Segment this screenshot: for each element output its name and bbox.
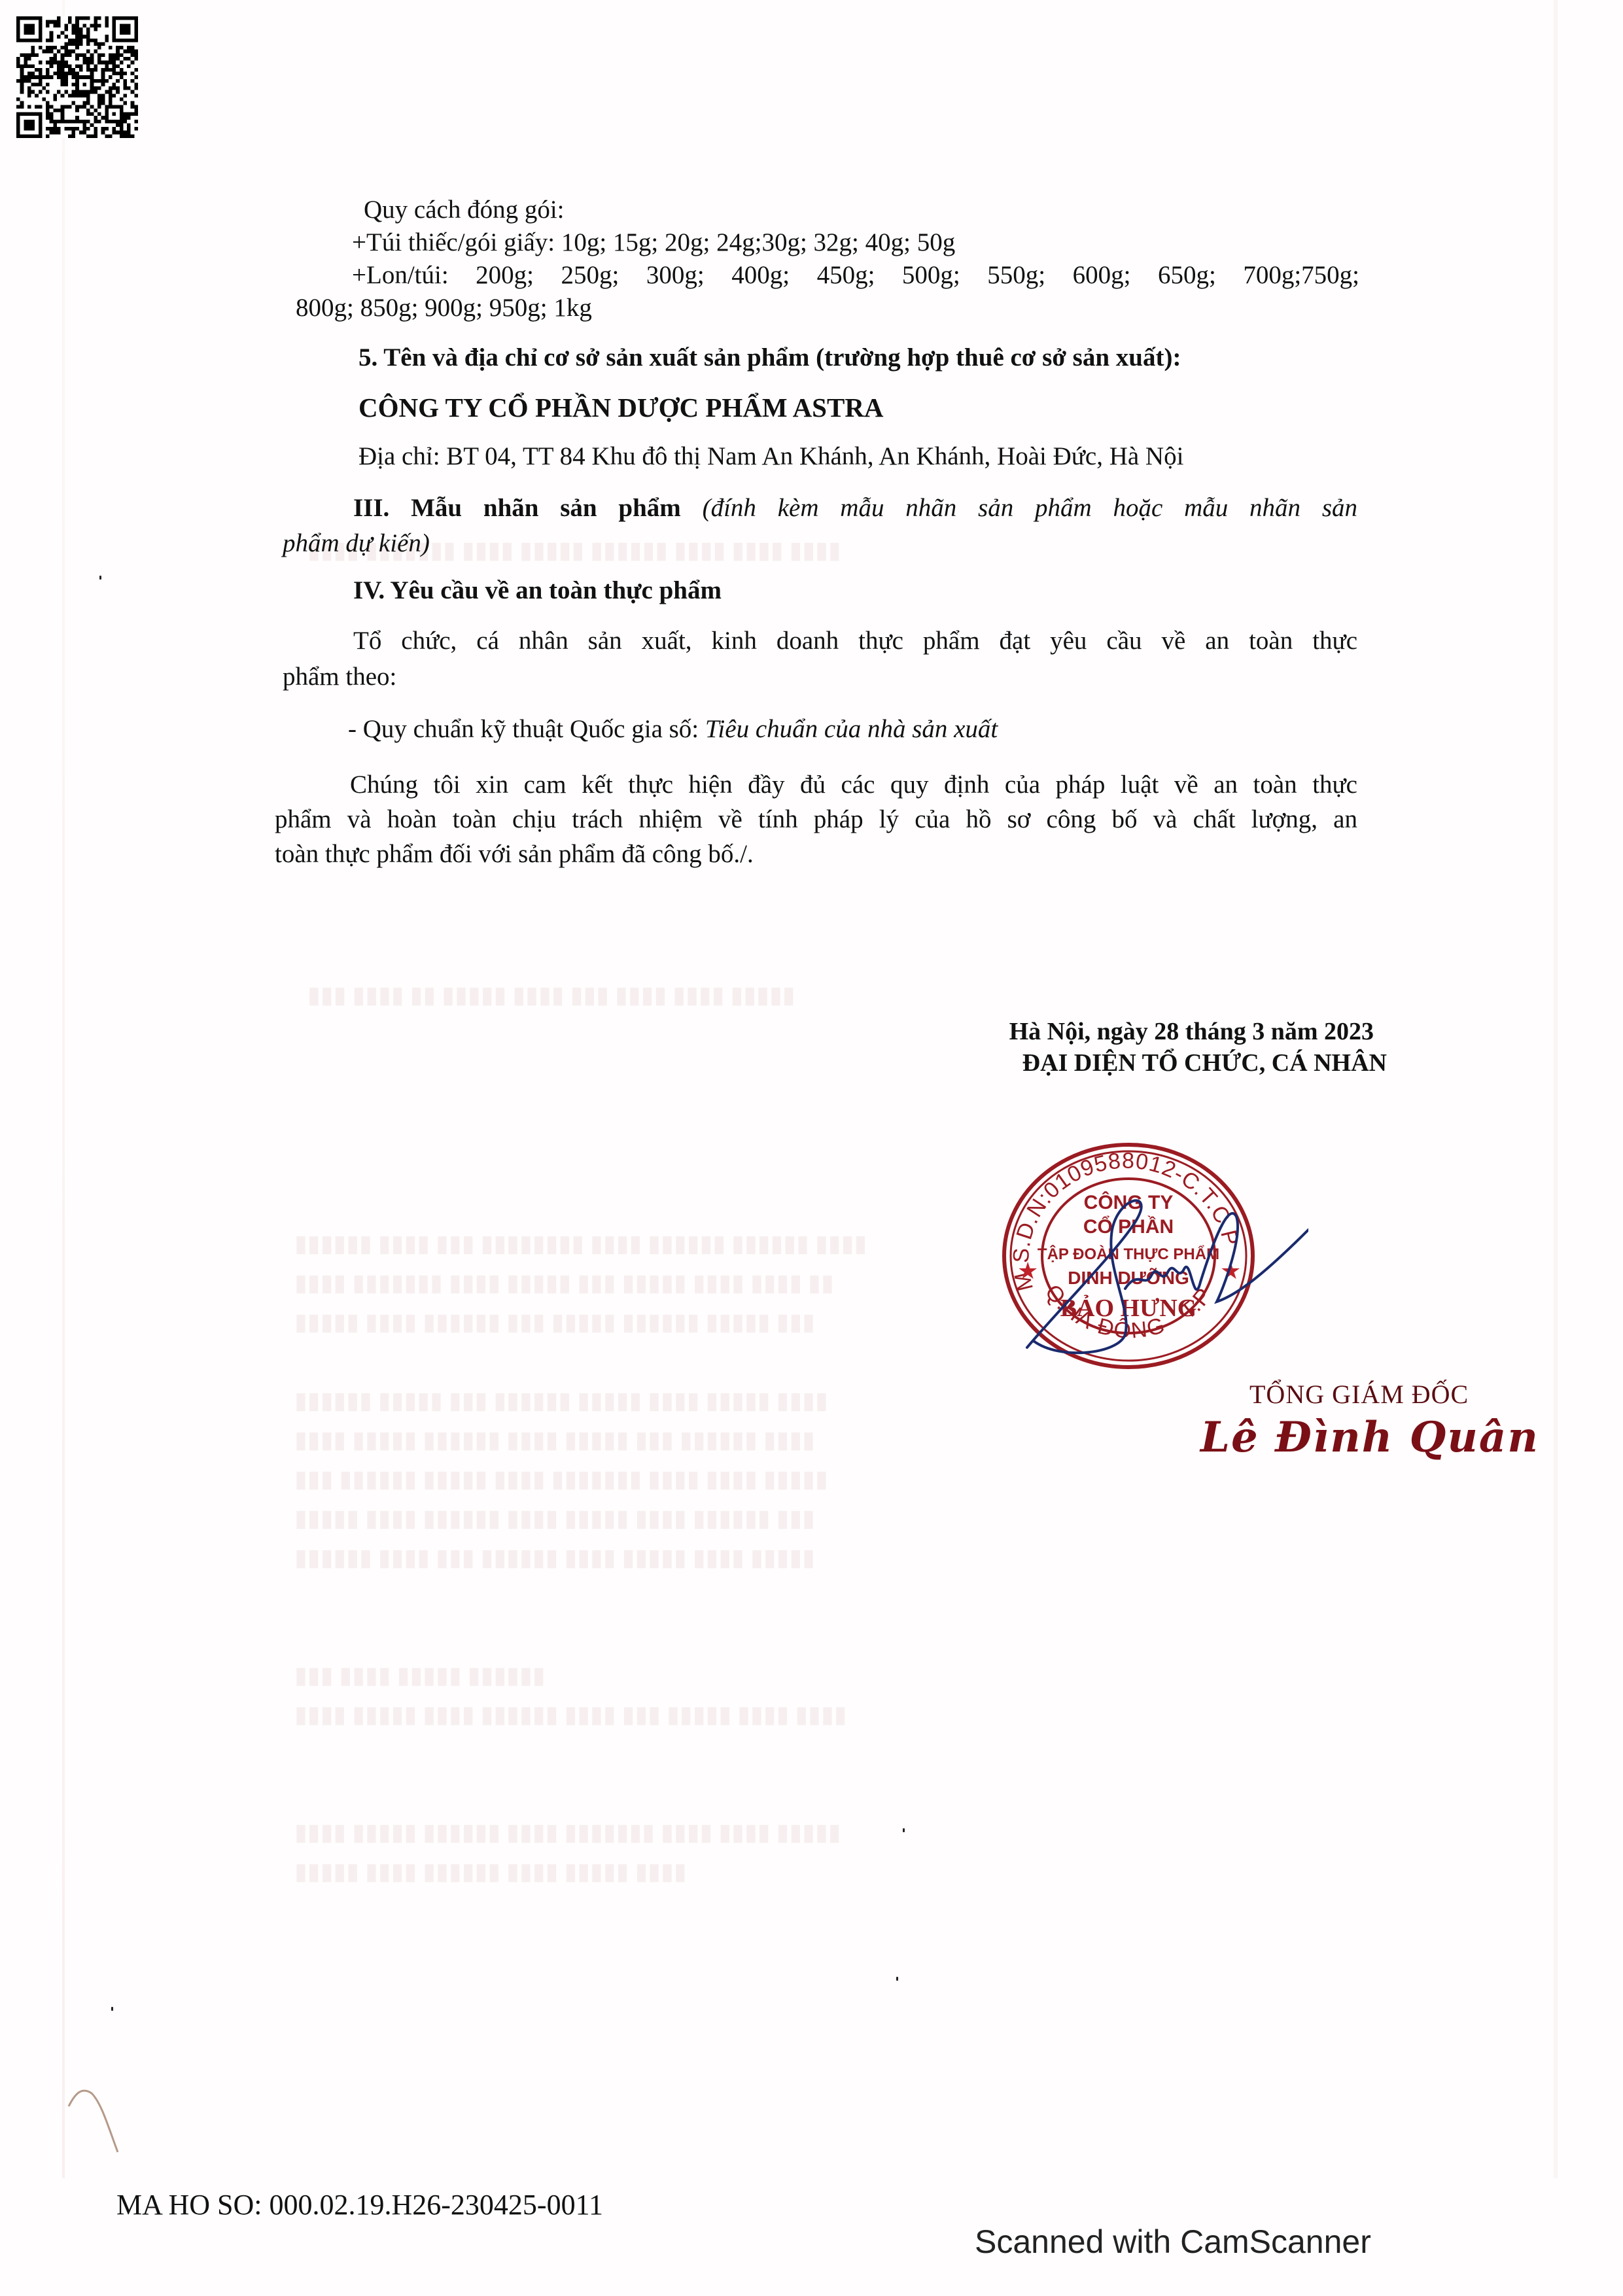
page-edge-left — [62, 0, 65, 2178]
scan-speck — [111, 2007, 113, 2011]
section-3-note-cont: phẩm dự kiến) — [283, 527, 430, 560]
scan-speck — [99, 576, 101, 580]
section-4-para: Tổ chức, cá nhân sản xuất, kinh doanh th… — [353, 625, 1357, 657]
national-standard-value: Tiêu chuẩn của nhà sản xuất — [705, 715, 998, 743]
qr-code-icon[interactable] — [16, 16, 138, 138]
handwritten-signature — [1021, 1177, 1308, 1374]
packaging-line-can-bag-text: +Lon/túi: 200g; 250g; 300g; 400g; 450g; … — [352, 259, 1359, 292]
packaging-line-can-bag-cont: 800g; 850g; 900g; 950g; 1kg — [296, 292, 592, 324]
manufacturer-address: Địa chỉ: BT 04, TT 84 Khu đô thị Nam An … — [358, 440, 1183, 473]
packaging-line-can-bag: +Lon/túi: 200g; 250g; 300g; 400g; 450g; … — [352, 259, 1359, 292]
bleed-through-text: ▮▮▮ ▮▮▮▮ ▮▮ ▮▮▮▮▮ ▮▮▮▮ ▮▮▮ ▮▮▮▮ ▮▮▮▮ ▮▮▮… — [307, 981, 795, 1009]
bleed-through-text: ▮▮▮▮ ▮▮▮▮▮ ▮▮▮▮▮▮ ▮▮▮▮ ▮▮▮▮▮▮▮ ▮▮▮▮ ▮▮▮▮… — [294, 1818, 841, 1846]
scan-speck — [903, 1828, 905, 1832]
scan-speck — [896, 1977, 898, 1981]
bleed-through-text: ▮▮▮▮▮ ▮▮▮▮ ▮▮▮▮▮▮ ▮▮▮ ▮▮▮▮▮ ▮▮▮▮▮▮ ▮▮▮▮▮… — [294, 1308, 815, 1336]
commitment-text-1: Chúng tôi xin cam kết thực hiện đầy đủ c… — [350, 769, 1357, 801]
bleed-through-text: ▮▮▮▮▮▮ ▮▮▮▮ ▮▮▮ ▮▮▮▮▮▮▮▮ ▮▮▮▮ ▮▮▮▮▮▮ ▮▮▮… — [294, 1230, 867, 1257]
camscanner-watermark: Scanned with CamScanner — [975, 2223, 1371, 2261]
bleed-through-text: ▮▮▮ ▮▮▮▮▮▮ ▮▮▮▮▮ ▮▮▮▮ ▮▮▮▮▮▮▮ ▮▮▮▮ ▮▮▮▮ … — [294, 1465, 828, 1493]
national-standard-label: - Quy chuẩn kỹ thuật Quốc gia số: — [348, 715, 705, 743]
bleed-through-text: ▮▮▮▮ ▮▮▮▮▮ ▮▮▮▮▮▮ ▮▮▮▮ ▮▮▮▮▮ ▮▮▮ ▮▮▮▮▮▮ … — [294, 1426, 815, 1453]
bleed-through-text: ▮▮▮▮▮ ▮▮▮▮ ▮▮▮▮▮▮ ▮▮▮▮ ▮▮▮▮▮ ▮▮▮▮ — [294, 1858, 687, 1885]
section-4-heading: IV. Yêu cầu về an toàn thực phẩm — [353, 574, 722, 607]
dossier-code: MA HO SO: 000.02.19.H26-230425-0011 — [116, 2188, 603, 2221]
section-3-title: III. Mẫu nhãn sản phẩm — [353, 494, 681, 522]
section-3-heading: III. Mẫu nhãn sản phẩm (đính kèm mẫu nhã… — [353, 492, 1357, 525]
place-and-date: Hà Nội, ngày 28 tháng 3 năm 2023 — [955, 1015, 1374, 1048]
page-corner-curl — [65, 2080, 144, 2159]
packaging-line-tin-bag: +Túi thiếc/gói giấy: 10g; 15g; 20g; 24g;… — [352, 226, 955, 259]
bleed-through-text: ▮▮▮▮▮ ▮▮▮▮ ▮▮▮▮▮▮ ▮▮▮▮ ▮▮▮▮▮ ▮▮▮▮ ▮▮▮▮▮▮… — [294, 1505, 815, 1532]
section-4-para-cont: phẩm theo: — [283, 661, 396, 693]
commitment-text-2: phẩm và hoàn toàn chịu trách nhiệm về tí… — [275, 803, 1357, 836]
packaging-heading: Quy cách đóng gói: — [364, 194, 565, 226]
bleed-through-text: ▮▮▮▮ ▮▮▮▮▮ ▮▮▮▮ ▮▮▮▮▮▮ ▮▮▮▮ ▮▮▮ ▮▮▮▮▮ ▮▮… — [294, 1701, 847, 1728]
commitment-line-2: phẩm và hoàn toàn chịu trách nhiệm về tí… — [275, 803, 1357, 836]
bleed-through-text: ▮▮▮▮ ▮▮▮▮▮▮▮ ▮▮▮▮ ▮▮▮▮▮ ▮▮▮ ▮▮▮▮▮ ▮▮▮▮ ▮… — [294, 1269, 834, 1296]
bleed-through-text: ▮▮▮▮▮▮ ▮▮▮▮▮ ▮▮▮ ▮▮▮▮▮▮ ▮▮▮▮▮ ▮▮▮▮ ▮▮▮▮▮… — [294, 1387, 828, 1414]
manufacturer-name: CÔNG TY CỔ PHẦN DƯỢC PHẨM ASTRA — [358, 391, 884, 424]
commitment-line-3: toàn thực phẩm đối với sản phẩm đã công … — [275, 838, 754, 871]
section-5-heading: 5. Tên và địa chỉ cơ sở sản xuất sản phẩ… — [358, 341, 1181, 374]
section-3-note: (đính kèm mẫu nhãn sản phẩm hoặc mẫu nhã… — [703, 494, 1357, 522]
bleed-through-text: ▮▮▮ ▮▮▮▮ ▮▮▮▮▮ ▮▮▮▮▮▮ — [294, 1661, 546, 1689]
director-title: TỔNG GIÁM ĐỐC — [1249, 1379, 1469, 1410]
representative-label: ĐẠI DIỆN TỔ CHỨC, CÁ NHÂN — [955, 1047, 1387, 1079]
director-name: Lê Đình Quân — [1200, 1413, 1539, 1462]
section-4-para-text: Tổ chức, cá nhân sản xuất, kinh doanh th… — [353, 625, 1357, 657]
national-standard-line: - Quy chuẩn kỹ thuật Quốc gia số: Tiêu c… — [348, 713, 998, 746]
commitment-line-1: Chúng tôi xin cam kết thực hiện đầy đủ c… — [350, 769, 1357, 801]
page-edge-right — [1554, 0, 1558, 2178]
bleed-through-text: ▮▮▮▮▮▮ ▮▮▮▮ ▮▮▮ ▮▮▮▮▮▮ ▮▮▮▮ ▮▮▮▮▮ ▮▮▮▮ ▮… — [294, 1544, 815, 1571]
